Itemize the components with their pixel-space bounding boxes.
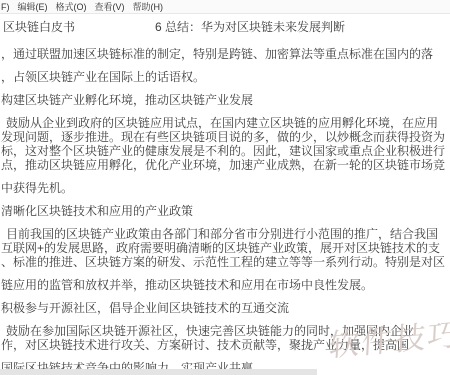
menu-item[interactable]: 查看(V) [91,0,129,13]
document-text-line: 互联网+的发展思路，政府需要明确清晰的区块链产业政策，展开对区块链技术的支 [1,241,450,255]
document-text-line: 中获得先机。 [1,181,450,195]
document-text-line: 点，推动区块链应用孵化，优化产业环境，加速产业成熟，在新一轮的区块链市场竞 [1,158,450,172]
document-title-left: 区块链白皮书 [3,20,75,34]
menu-item[interactable]: F) [0,2,14,12]
menu-item[interactable]: 编辑(E) [14,0,52,13]
document-header-line: 区块链白皮书 6 总结：华为对区块链未来发展判断 [0,20,450,34]
menu-bar: F)编辑(E)格式(O)查看(V)帮助(H) [0,0,450,14]
section-heading: 6 总结：华为对区块链未来发展判断 [155,20,345,34]
document-text-line: 链应用的监管和放权并举，推动区块链技术和应用在市场中良性发展。 [1,278,450,292]
document-text-line: 发现问题，逐步推进。现在有些区块链项目说的多，做的少，以炒概念而获得投资为 [1,130,450,144]
horizontal-scrollbar[interactable] [0,369,317,375]
menu-item[interactable]: 格式(O) [52,0,91,13]
document-text-line: ，占领区块链产业在国际上的话语权。 [1,70,450,84]
document-text-line: 作，对区块链技术进行攻关、方案研讨、技术贡献等，聚拢产业力量，提高国 [1,338,450,352]
document-text-line: 目前我国的区块链产业政策由各部门和部分省市分别进行小范围的推广，结合我国 [6,227,450,241]
document-body: ，通过联盟加速区块链标准的制定，特别是跨链、加密算法等重点标准在国内的落，占领区… [0,47,450,375]
document-text-line: 、标准的推进、区块链方案的研发、示范性工程的建立等等一系列行动。特别是对区 [1,255,450,269]
document-text-line: 清晰化区块链技术和应用的产业政策 [1,204,450,218]
notepad-window: F)编辑(E)格式(O)查看(V)帮助(H) 区块链白皮书 6 总结：华为对区块… [0,0,450,375]
document-text-line: 鼓励从企业到政府的区块链应用试点，在国内建立区块链的应用孵化环境，在应用 [6,116,450,130]
document-text-line: 标，这对整个区块链产业的健康发展是不利的。因此，建议国家或重点企业积极进行 [1,144,450,158]
document-text-line: ，通过联盟加速区块链标准的制定，特别是跨链、加密算法等重点标准在国内的落 [1,47,450,61]
document-text-area[interactable]: 区块链白皮书 6 总结：华为对区块链未来发展判断 ，通过联盟加速区块链标准的制定… [0,14,450,369]
document-text-line: 积极参与开源社区，倡导企业间区块链技术的互通交流 [1,301,450,315]
document-text-line: 鼓励在参加国际区块链开源社区，快速完善区块链能力的同时，加强国内企业 [6,324,450,338]
document-text-line: 构建区块链产业孵化环境，推动区块链产业发展 [1,93,450,107]
menu-item[interactable]: 帮助(H) [129,0,168,13]
